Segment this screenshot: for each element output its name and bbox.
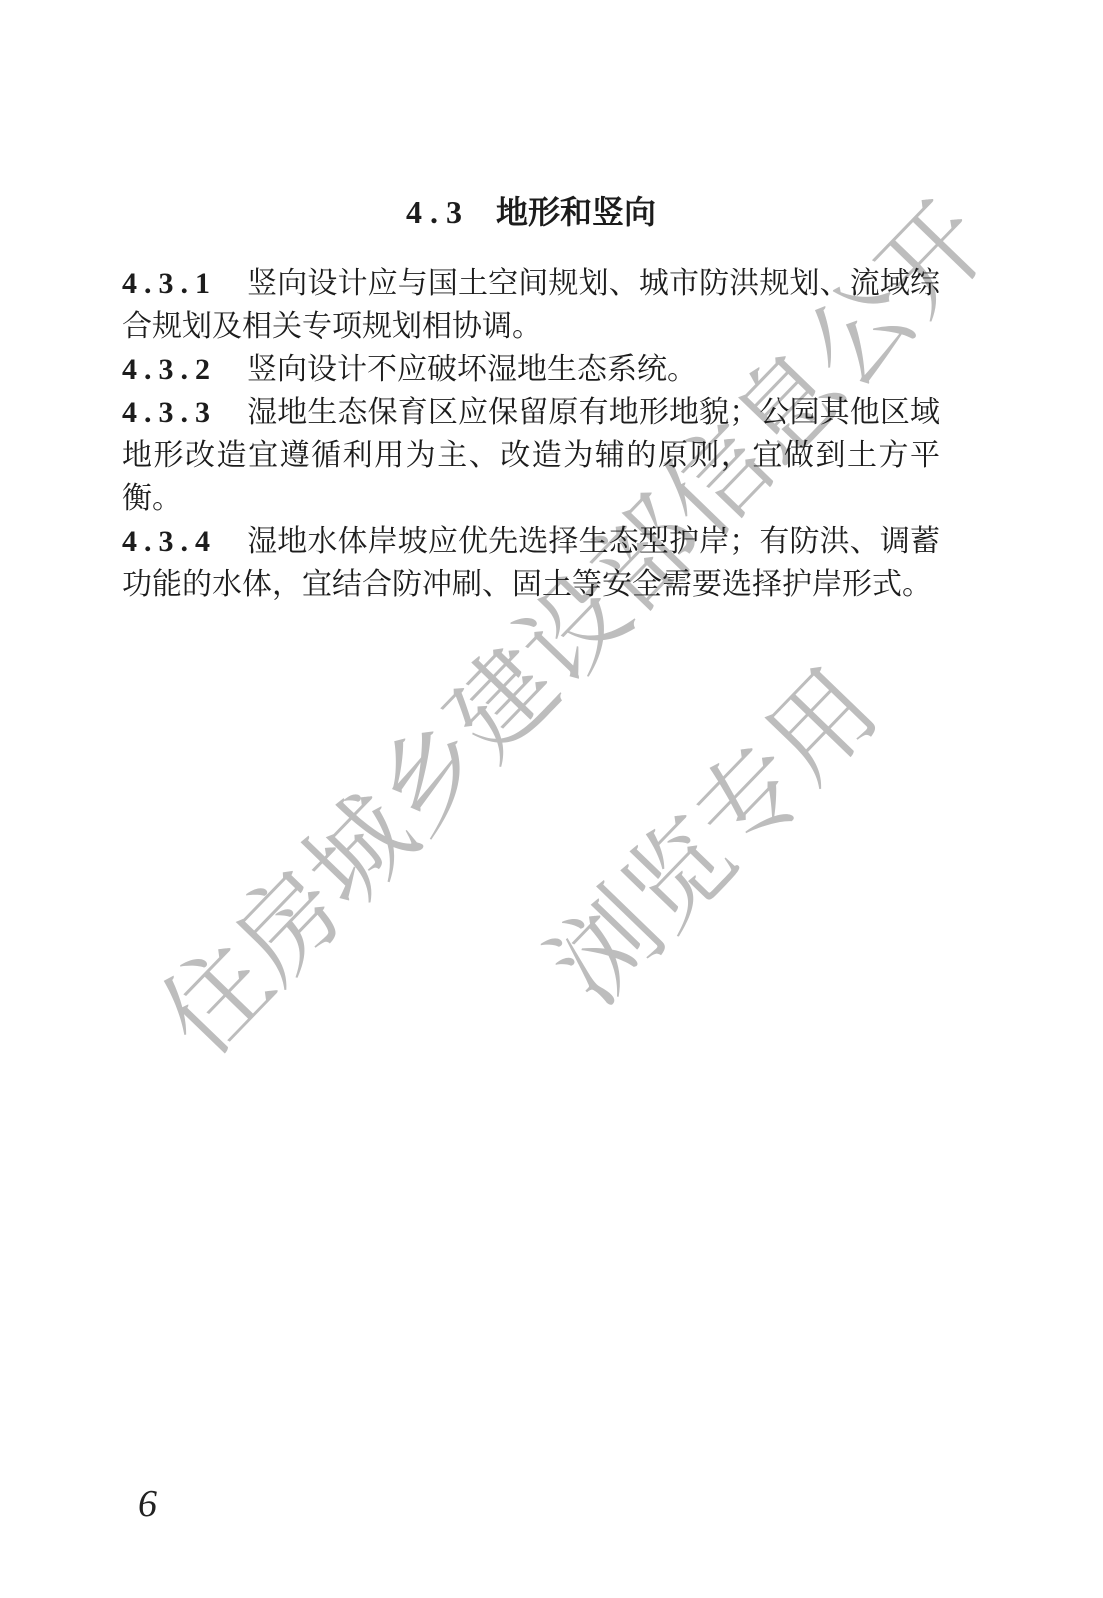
clause-text: 竖向设计不应破坏湿地生态系统。 [247, 353, 697, 386]
clause-text: 湿地水体岸坡应优先选择生态型护岸；有防洪、调蓄功能的水体，宜结合防冲刷、固土等安… [122, 525, 940, 601]
clause-4-3-2: 4.3.2竖向设计不应破坏湿地生态系统。 [122, 348, 940, 391]
clause-number: 4.3.2 [122, 353, 217, 386]
clause-text: 湿地生态保育区应保留原有地形地貌；公园其他区域地形改造宜遵循利用为主、改造为辅的… [122, 396, 940, 515]
section-heading-number: 4.3 [406, 194, 470, 230]
clause-number: 4.3.3 [122, 396, 217, 429]
section-heading-title: 地形和竖向 [496, 194, 656, 230]
clause-number: 4.3.4 [122, 525, 217, 558]
page-number: 6 [138, 1482, 157, 1526]
document-page: 住房城乡建设部信息公开 浏览专用 4.3地形和竖向 4.3.1竖向设计应与国土空… [0, 0, 1103, 1598]
clause-4-3-3: 4.3.3湿地生态保育区应保留原有地形地貌；公园其他区域地形改造宜遵循利用为主、… [122, 391, 940, 520]
clause-number: 4.3.1 [122, 267, 217, 300]
clause-4-3-4: 4.3.4湿地水体岸坡应优先选择生态型护岸；有防洪、调蓄功能的水体，宜结合防冲刷… [122, 520, 940, 606]
watermark-line2: 浏览专用 [536, 654, 896, 1022]
clause-text: 竖向设计应与国土空间规划、城市防洪规划、流域综合规划及相关专项规划相协调。 [122, 267, 940, 343]
page-content: 4.3地形和竖向 4.3.1竖向设计应与国土空间规划、城市防洪规划、流域综合规划… [122, 192, 940, 606]
clause-4-3-1: 4.3.1竖向设计应与国土空间规划、城市防洪规划、流域综合规划及相关专项规划相协… [122, 262, 940, 348]
section-heading: 4.3地形和竖向 [122, 192, 940, 232]
